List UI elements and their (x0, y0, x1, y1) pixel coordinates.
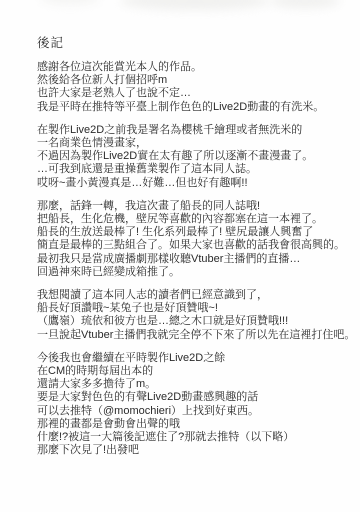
paragraph-line: 我是平時在推特等平臺上制作色色的Live2D動畫的有洗米。 (37, 101, 356, 114)
paragraph-line: 什麼!?被這一大篇後記遮住了?那就去推特（以下略） (37, 431, 356, 444)
paragraph-line: 在製作Live2D之前我是署名為櫻桃千繪理或者無洗米的 (37, 124, 356, 137)
paragraph-line: （鷹嶺）琉依和彼方也是…總之木口就是好頂贊哦!!! (37, 315, 356, 328)
paragraph-line: 那麼下次見了!出發吧 (37, 444, 356, 457)
paragraph: 在製作Live2D之前我是署名為櫻桃千繪理或者無洗米的一名商業色情漫畫家，不過因… (37, 124, 356, 190)
afterword-body: 感謝各位這次能賞光本人的作品。然後給各位新人打個招呼m也許大家是老熟人了也說不定… (37, 61, 356, 467)
paragraph-line: 哎呀~畫小黃漫真是…好難…但也好有趣啊!! (37, 177, 356, 190)
paragraph: 那麼，話鋒一轉，我這次畫了船長的同人誌哦!把船長，生化危機，壁尻等喜歡的內容都塞… (37, 200, 356, 279)
paragraph-line: 一旦說起Vtuber主播們我就完全停不下來了所以先在這裡打住吧。 (37, 329, 356, 342)
paragraph: 我想閱讀了這本同人志的讀者們已經意識到了，船長好頂讚哦~某兔子也是好頂贊哦~!（… (37, 289, 356, 342)
paragraph-line: 我想閱讀了這本同人志的讀者們已經意識到了， (37, 289, 356, 302)
paragraph-line: 把船長，生化危機，壁尻等喜歡的內容都塞在這一本裡了。 (37, 213, 356, 226)
paragraph-line: 今後我也會繼續在平時製作Live2D之餘 (37, 352, 356, 365)
paragraph-line: 簡直是最棒的三點組合了。如果大家也喜歡的話我會很高興的。 (37, 239, 356, 252)
paragraph-line: 還請大家多多擔待了m。 (37, 378, 356, 391)
paragraph-line: 可以去推特（@momochieri）上找到好東西。 (37, 405, 356, 418)
paragraph-line: 在CM的時期每屆出本的 (37, 365, 356, 378)
paragraph-line: 一名商業色情漫畫家， (37, 137, 356, 150)
paragraph-line: 要是大家對色色的有聲Live2D動畫感興趣的話 (37, 391, 356, 404)
scan-artifact (120, 0, 270, 10)
afterword-title: 後記 (37, 33, 64, 51)
paragraph-line: 那裡的畫都是會動會出聲的哦 (37, 418, 356, 431)
paragraph: 感謝各位這次能賞光本人的作品。然後給各位新人打個招呼m也許大家是老熟人了也說不定… (37, 61, 356, 114)
paragraph-line: 感謝各位這次能賞光本人的作品。 (37, 61, 356, 74)
scan-artifact (40, 0, 100, 5)
paragraph-line: 最初我只是當成廣播劇那樣收聽Vtuber主播們的直播… (37, 253, 356, 266)
paragraph-line: 然後給各位新人打個招呼m (37, 74, 356, 87)
paragraph-line: 回過神來時已經變成箱推了。 (37, 266, 356, 279)
afterword-page: 後記 感謝各位這次能賞光本人的作品。然後給各位新人打個招呼m也許大家是老熟人了也… (0, 0, 360, 512)
paragraph: 今後我也會繼續在平時製作Live2D之餘在CM的時期每屆出本的還請大家多多擔待了… (37, 352, 356, 458)
paragraph-line: 不過因為製作Live2D實在太有趣了所以逐漸不畫漫畫了。 (37, 150, 356, 163)
paragraph-line: …可我到底還是重操舊業製作了這本同人誌。 (37, 163, 356, 176)
paragraph-line: 船長好頂讚哦~某兔子也是好頂贊哦~! (37, 302, 356, 315)
paragraph-line: 那麼，話鋒一轉，我這次畫了船長的同人誌哦! (37, 200, 356, 213)
paragraph-line: 船長的生放送最棒了! 生化系列最棒了! 壁尻最讓人興奮了 (37, 226, 356, 239)
paragraph-line: 也許大家是老熟人了也說不定… (37, 87, 356, 100)
scan-artifact (270, 0, 340, 8)
